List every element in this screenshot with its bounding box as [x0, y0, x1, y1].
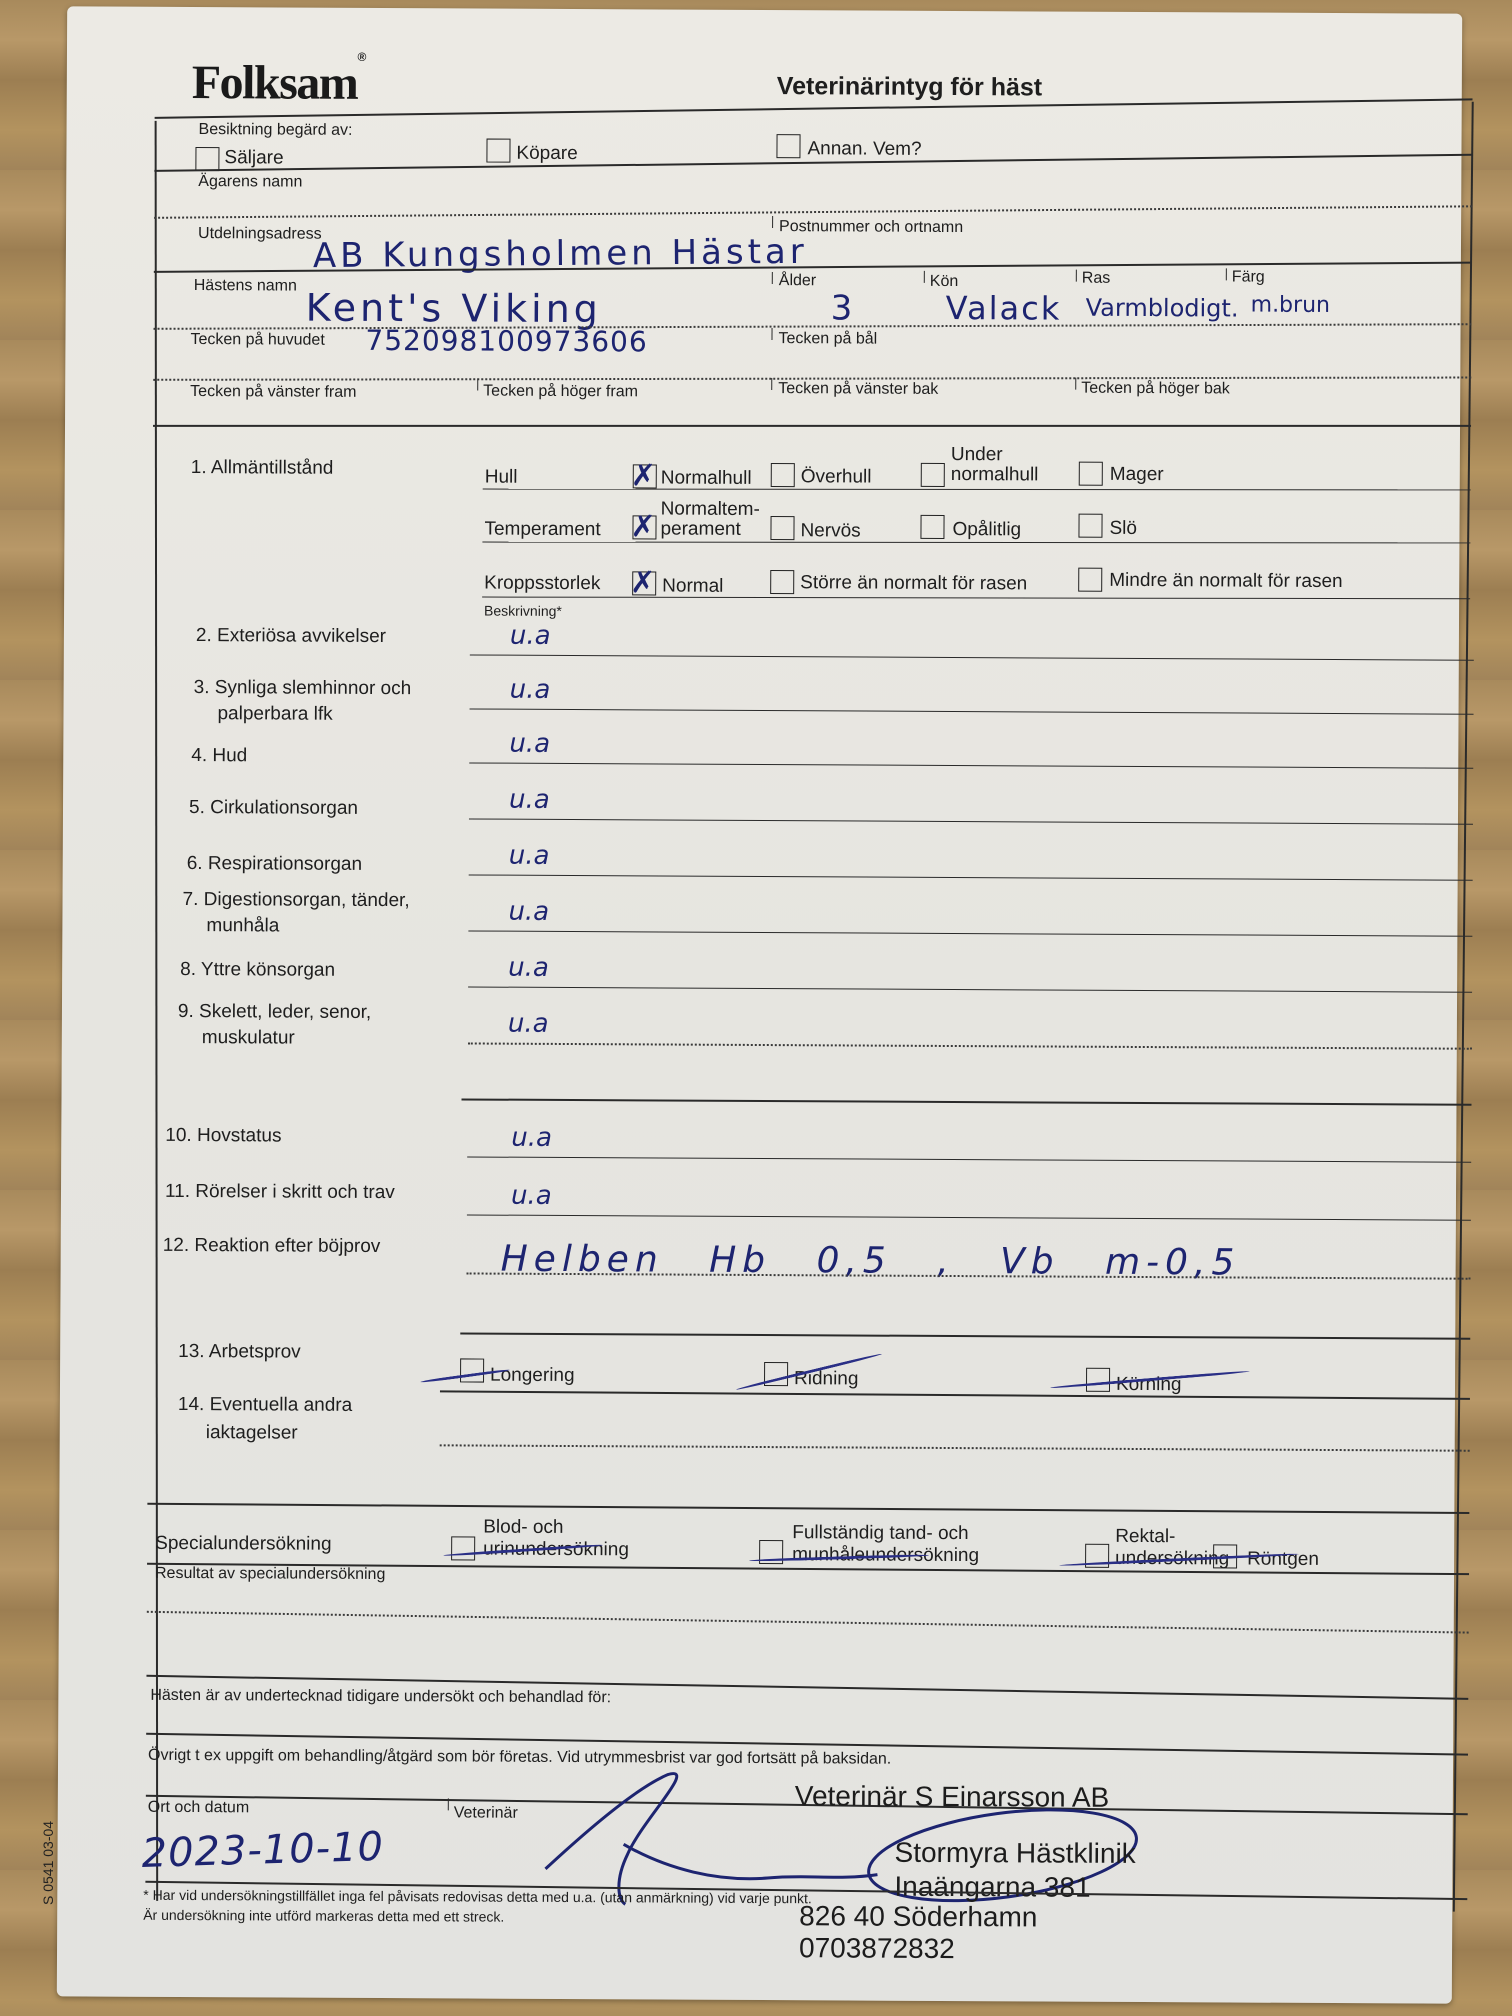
exam-item-label-line1: 11. Rörelser i skritt och trav [165, 1179, 395, 1206]
xray-label: Röntgen [1247, 1549, 1319, 1571]
other-requester-label: Annan. Vem? [807, 138, 921, 161]
exam-item-label-line2: munhåla [182, 913, 409, 940]
exam-item-line [470, 654, 1474, 660]
exam-item-line [468, 986, 1472, 992]
footnote-line2: Är undersökning inte utförd markeras det… [143, 1905, 812, 1928]
check-mark-icon: ✗ [630, 572, 655, 594]
exam-item-label-line1: 4. Hud [191, 743, 247, 769]
opalitlig-checkbox[interactable] [920, 515, 944, 539]
color-field[interactable]: m.brun [1251, 293, 1330, 318]
work-test-label: 13. Arbetsprov [178, 1341, 301, 1364]
overhull-checkbox[interactable] [771, 463, 795, 487]
exam-item-value[interactable]: u.a [508, 953, 549, 983]
vet-label: Veterinär [454, 1804, 518, 1822]
condition-row-label-temperament: Temperament [484, 519, 600, 542]
under-normalhull-checkbox[interactable] [921, 463, 945, 487]
divider-tick [771, 328, 772, 340]
divider-tick [1075, 378, 1076, 390]
body-marks-label: Tecken på bål [778, 330, 877, 349]
exam-item-label: 9. Skelett, leder, senor,muskulatur [178, 999, 372, 1052]
divider-tick [772, 272, 773, 284]
buyer-checkbox[interactable] [486, 139, 510, 163]
head-marks-label: Tecken på huvudet [190, 331, 324, 350]
divider-tick [448, 1798, 449, 1810]
other-notes-label: Övrigt t ex uppgift om behandling/åtgärd… [148, 1747, 891, 1769]
vet-stamp-line3: Inaängarna 381 [894, 1871, 1090, 1904]
other-observations-line2: iaktagelser [178, 1419, 352, 1448]
exam-item-line [469, 818, 1473, 824]
frame-right [1453, 102, 1474, 1912]
requested-by-label: Besiktning begärd av: [199, 121, 353, 140]
nervos-checkbox[interactable] [770, 516, 794, 540]
divider [154, 205, 1472, 219]
exam-item-label-line1: 10. Hovstatus [165, 1123, 281, 1150]
seller-checkbox[interactable] [195, 147, 219, 171]
temperament-line2: perament [660, 519, 759, 540]
exam-item-label: 5. Cirkulationsorgan [189, 795, 358, 822]
place-date-label: Ort och datum [148, 1799, 249, 1818]
breed-field[interactable]: Varmblodigt. [1086, 294, 1239, 323]
horse-name-label: Hästens namn [194, 277, 297, 296]
head-marks-field[interactable]: 752098100973606 [365, 324, 647, 358]
divider [461, 1098, 1471, 1105]
overhull-label: Överhull [801, 466, 872, 488]
special-result-label: Resultat av specialundersökning [155, 1565, 385, 1584]
age-label: Ålder [779, 272, 816, 290]
right-front-marks-label: Tecken på höger fram [483, 383, 638, 402]
divider-tick [924, 271, 925, 283]
exam-item-line [468, 930, 1472, 936]
exam-item-line [467, 1156, 1471, 1162]
divider-tick [1076, 270, 1077, 282]
exam-item-label-line1: 8. Yttre könsorgan [180, 957, 335, 984]
previous-treatment-label: Hästen är av undertecknad tidigare under… [150, 1687, 611, 1707]
smaller-than-normal-checkbox[interactable] [1078, 568, 1102, 592]
larger-than-normal-checkbox[interactable] [770, 570, 794, 594]
seller-label: Säljare [224, 147, 283, 169]
divider [460, 1332, 1470, 1339]
general-condition-label: 1. Allmäntillstånd [191, 457, 334, 480]
check-mark-icon: ✗ [631, 465, 656, 487]
other-requester-checkbox[interactable] [776, 134, 800, 158]
frame-left [155, 121, 159, 1901]
exam-item-value[interactable]: u.a [508, 1009, 549, 1039]
exam-item-label: 11. Rörelser i skritt och trav [165, 1179, 395, 1206]
left-front-marks-label: Tecken på vänster fram [190, 383, 356, 402]
exam-item-value[interactable]: u.a [509, 729, 550, 759]
exam-item-label-line1: 7. Digestionsorgan, tänder, [182, 887, 409, 914]
place-date-field[interactable]: 2023-10-10 [141, 1824, 385, 1877]
brand-name: Folksam [192, 56, 358, 110]
address-label: Utdelningsadress [198, 225, 322, 244]
exam-item-label-line2: muskulatur [178, 1025, 371, 1052]
normaltemperament-label: Normaltem-perament [660, 499, 759, 540]
exam-item-line [469, 762, 1473, 768]
exam-items: 2. Exteriösa avvikelseru.a3. Synliga sle… [67, 6, 1462, 13]
exam-item-label: 10. Hovstatus [165, 1123, 281, 1150]
blood-urine-label: Blod- ochurinundersökning [483, 1517, 629, 1562]
temperament-line1: Normaltem- [661, 499, 760, 520]
exam-item-value[interactable]: u.a [509, 785, 550, 815]
check-mark-icon: ✗ [630, 516, 655, 538]
exam-item-label-line1: 5. Cirkulationsorgan [189, 795, 358, 822]
footnote: * Har vid undersökningstillfället inga f… [143, 1885, 812, 1928]
owner-name-label: Ägarens namn [198, 173, 302, 192]
exam-item-label: 3. Synliga slemhinnor ochpalperbara lfk [193, 675, 411, 728]
divider [440, 1444, 1470, 1451]
vet-stamp-line4: 826 40 Söderhamn [799, 1900, 1037, 1933]
exam-item-label: 6. Respirationsorgan [187, 851, 362, 878]
exam-item-label-line2: palperbara lfk [193, 701, 411, 728]
slo-checkbox[interactable] [1078, 514, 1102, 538]
exam-item-value[interactable]: u.a [510, 675, 551, 705]
exam-item-label: 7. Digestionsorgan, tänder,munhåla [182, 887, 409, 940]
divider-tick [1226, 268, 1227, 280]
exam-item-value[interactable]: u.a [509, 841, 550, 871]
other-observations-label: 14. Eventuella andraiaktagelser [178, 1391, 353, 1448]
exam-item-label: 2. Exteriösa avvikelser [196, 623, 386, 650]
right-rear-marks-label: Tecken på höger bak [1081, 380, 1230, 399]
longering-checkbox[interactable] [460, 1358, 484, 1382]
folksam-logo: Folksam® [192, 55, 365, 111]
condition-row-label-body-size: Kroppsstorlek [484, 573, 600, 596]
blood-urine-line1: Blod- och [483, 1517, 629, 1540]
under-line2: normalhull [951, 465, 1039, 485]
special-exam-label: Specialundersökning [155, 1533, 332, 1556]
color-label: Färg [1232, 268, 1265, 286]
sex-field[interactable]: Valack [946, 289, 1062, 328]
veterinary-certificate-form: Folksam® Veterinärintyg för häst Besiktn… [57, 6, 1462, 2003]
dental-line1: Fullständig tand- och [792, 1522, 979, 1545]
breed-label: Ras [1082, 270, 1111, 288]
smaller-than-normal-label: Mindre än normalt för rasen [1109, 570, 1343, 593]
description-label: Beskrivning* [484, 603, 562, 619]
exam-item-label-line1: 3. Synliga slemhinnor och [194, 675, 412, 702]
larger-than-normal-label: Större än normalt för rasen [800, 572, 1027, 595]
divider-tick [477, 379, 478, 391]
exam-item-value[interactable]: u.a [511, 1123, 552, 1153]
form-code: S 0541 03-04 [40, 1821, 56, 1905]
exam-item-line [469, 874, 1473, 880]
mager-label: Mager [1110, 464, 1164, 486]
slo-label: Slö [1109, 518, 1137, 540]
korning-checkbox[interactable] [1086, 1368, 1110, 1392]
exam-item-line [467, 1214, 1471, 1220]
left-rear-marks-label: Tecken på vänster bak [778, 380, 938, 399]
divider-tick [771, 378, 772, 390]
registered-mark: ® [357, 50, 364, 64]
exam-item-line [470, 708, 1474, 714]
normal-size-label: Normal [662, 575, 723, 597]
exam-item-label-line1: 9. Skelett, leder, senor, [178, 999, 371, 1026]
divider [147, 1503, 1469, 1514]
dental-exam-label: Fullständig tand- ochmunhåleundersökning [792, 1522, 979, 1567]
condition-row-label-hull: Hull [485, 467, 518, 489]
exam-item-label: 8. Yttre könsorgan [180, 957, 335, 984]
buyer-label: Köpare [516, 143, 577, 165]
page-title: Veterinärintyg för häst [777, 72, 1043, 102]
divider [153, 425, 1471, 427]
normalhull-label: Normalhull [661, 467, 752, 489]
vet-stamp-line5: 0703872832 [799, 1932, 955, 1965]
exam-item-label: 12. Reaktion efter böjprov [163, 1233, 381, 1260]
exam-item-label-line1: 2. Exteriösa avvikelser [196, 623, 386, 650]
age-field[interactable]: 3 [831, 288, 853, 328]
exam-item-label: 4. Hud [191, 743, 247, 769]
under-line1: Under [951, 445, 1039, 465]
mager-checkbox[interactable] [1079, 462, 1103, 486]
blood-urine-checkbox[interactable] [451, 1536, 475, 1560]
exam-item-line [468, 1042, 1472, 1049]
exam-item-label-line1: 12. Reaktion efter böjprov [163, 1233, 381, 1260]
exam-item-value[interactable]: u.a [510, 621, 551, 651]
divider [147, 1611, 1469, 1634]
exam-item-value[interactable]: u.a [511, 1181, 552, 1211]
vet-stamp-line2: Stormyra Hästklinik [894, 1837, 1135, 1870]
longering-label: Longering [490, 1365, 575, 1387]
exam-item-label-line1: 6. Respirationsorgan [187, 851, 362, 878]
nervos-label: Nervös [800, 520, 860, 542]
divider [440, 1390, 1470, 1400]
other-observations-line1: 14. Eventuella andra [178, 1391, 352, 1420]
opalitlig-label: Opålitlig [952, 519, 1021, 541]
under-normalhull-label: Undernormalhull [951, 445, 1039, 485]
divider-tick [772, 216, 773, 228]
exam-item-value[interactable]: u.a [508, 897, 549, 927]
